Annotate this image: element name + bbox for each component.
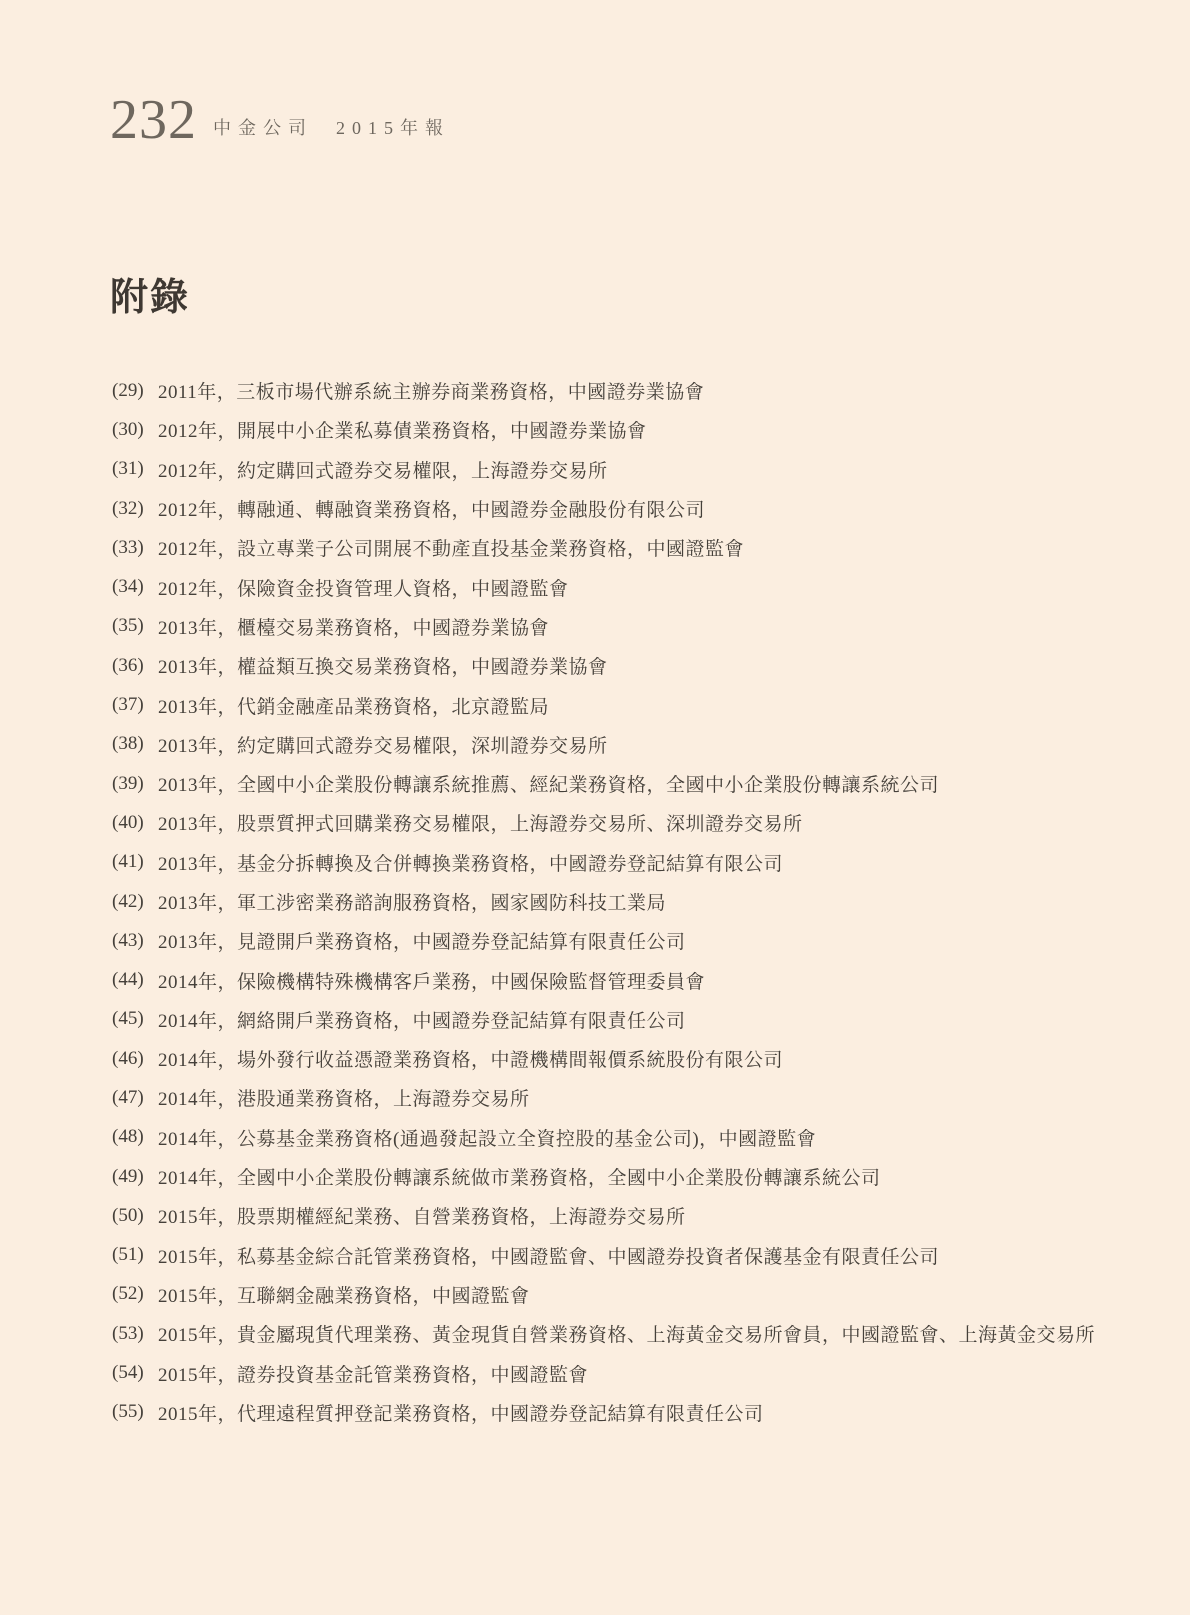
- item-text: 2012年，開展中小企業私募債業務資格，中國證券業協會: [158, 416, 647, 443]
- item-number: (41): [112, 851, 158, 873]
- item-text: 2013年，軍工涉密業務諮詢服務資格，國家國防科技工業局: [158, 888, 666, 915]
- list-item: (32)2012年，轉融通、轉融資業務資格，中國證券金融股份有限公司: [112, 489, 1160, 528]
- item-number: (49): [112, 1166, 158, 1188]
- item-number: (32): [112, 498, 158, 520]
- item-number: (38): [112, 733, 158, 755]
- item-text: 2014年，港股通業務資格，上海證券交易所: [158, 1084, 530, 1111]
- item-number: (55): [112, 1401, 158, 1423]
- list-item: (54)2015年，證券投資基金託管業務資格，中國證監會: [112, 1353, 1160, 1392]
- item-number: (47): [112, 1087, 158, 1109]
- item-number: (29): [112, 380, 158, 402]
- list-item: (38)2013年，約定購回式證券交易權限，深圳證券交易所: [112, 725, 1160, 764]
- item-text: 2014年，場外發行收益憑證業務資格，中證機構間報價系統股份有限公司: [158, 1045, 783, 1072]
- report-title: 中金公司 2015年報: [213, 114, 450, 140]
- item-text: 2014年，網絡開戶業務資格，中國證券登記結算有限責任公司: [158, 1006, 686, 1033]
- item-text: 2013年，全國中小企業股份轉讓系統推薦、經紀業務資格，全國中小企業股份轉讓系統…: [158, 770, 939, 797]
- list-item: (55)2015年，代理遠程質押登記業務資格，中國證券登記結算有限責任公司: [112, 1393, 1160, 1432]
- item-number: (37): [112, 694, 158, 716]
- item-text: 2012年，設立專業子公司開展不動產直投基金業務資格，中國證監會: [158, 534, 744, 561]
- item-number: (53): [112, 1323, 158, 1345]
- item-number: (42): [112, 891, 158, 913]
- item-number: (39): [112, 773, 158, 795]
- list-item: (47)2014年，港股通業務資格，上海證券交易所: [112, 1078, 1160, 1117]
- item-number: (34): [112, 576, 158, 598]
- item-text: 2013年，基金分拆轉換及合併轉換業務資格，中國證券登記結算有限公司: [158, 849, 783, 876]
- item-number: (43): [112, 930, 158, 952]
- item-number: (48): [112, 1126, 158, 1148]
- item-number: (33): [112, 537, 158, 559]
- list-item: (52)2015年，互聯網金融業務資格，中國證監會: [112, 1275, 1160, 1314]
- list-item: (51)2015年，私募基金綜合託管業務資格，中國證監會、中國證券投資者保護基金…: [112, 1236, 1160, 1275]
- appendix-list: (29)2011年，三板市場代辦系統主辦券商業務資格，中國證券業協會(30)20…: [112, 371, 1160, 1432]
- item-text: 2013年，見證開戶業務資格，中國證券登記結算有限責任公司: [158, 927, 686, 954]
- item-text: 2015年，證券投資基金託管業務資格，中國證監會: [158, 1360, 588, 1387]
- list-item: (46)2014年，場外發行收益憑證業務資格，中證機構間報價系統股份有限公司: [112, 1039, 1160, 1078]
- item-text: 2011年，三板市場代辦系統主辦券商業務資格，中國證券業協會: [158, 377, 704, 404]
- item-text: 2015年，私募基金綜合託管業務資格，中國證監會、中國證券投資者保護基金有限責任…: [158, 1242, 939, 1269]
- item-text: 2015年，股票期權經紀業務、自營業務資格，上海證券交易所: [158, 1202, 686, 1229]
- list-item: (44)2014年，保險機構特殊機構客戶業務，中國保險監督管理委員會: [112, 960, 1160, 999]
- list-item: (34)2012年，保險資金投資管理人資格，中國證監會: [112, 567, 1160, 606]
- item-number: (36): [112, 655, 158, 677]
- list-item: (53)2015年，貴金屬現貨代理業務、黃金現貨自營業務資格、上海黃金交易所會員…: [112, 1314, 1160, 1353]
- item-number: (54): [112, 1362, 158, 1384]
- report-page: 232 中金公司 2015年報 附錄 (29)2011年，三板市場代辦系統主辦券…: [0, 0, 1190, 1615]
- list-item: (31)2012年，約定購回式證券交易權限，上海證券交易所: [112, 450, 1160, 489]
- item-number: (46): [112, 1048, 158, 1070]
- item-text: 2014年，公募基金業務資格(通過發起設立全資控股的基金公司)，中國證監會: [158, 1124, 816, 1151]
- item-number: (30): [112, 419, 158, 441]
- item-number: (40): [112, 812, 158, 834]
- list-item: (30)2012年，開展中小企業私募債業務資格，中國證券業協會: [112, 410, 1160, 449]
- item-number: (45): [112, 1008, 158, 1030]
- list-item: (41)2013年，基金分拆轉換及合併轉換業務資格，中國證券登記結算有限公司: [112, 843, 1160, 882]
- item-text: 2012年，保險資金投資管理人資格，中國證監會: [158, 574, 569, 601]
- item-text: 2014年，保險機構特殊機構客戶業務，中國保險監督管理委員會: [158, 967, 705, 994]
- item-number: (51): [112, 1244, 158, 1266]
- item-number: (50): [112, 1205, 158, 1227]
- item-text: 2013年，約定購回式證券交易權限，深圳證券交易所: [158, 731, 608, 758]
- list-item: (40)2013年，股票質押式回購業務交易權限，上海證券交易所、深圳證券交易所: [112, 803, 1160, 842]
- item-text: 2014年，全國中小企業股份轉讓系統做市業務資格，全國中小企業股份轉讓系統公司: [158, 1163, 881, 1190]
- item-text: 2015年，代理遠程質押登記業務資格，中國證券登記結算有限責任公司: [158, 1399, 764, 1426]
- item-number: (44): [112, 969, 158, 991]
- list-item: (39)2013年，全國中小企業股份轉讓系統推薦、經紀業務資格，全國中小企業股份…: [112, 764, 1160, 803]
- item-text: 2012年，約定購回式證券交易權限，上海證券交易所: [158, 456, 608, 483]
- list-item: (35)2013年，櫃檯交易業務資格，中國證券業協會: [112, 607, 1160, 646]
- list-item: (49)2014年，全國中小企業股份轉讓系統做市業務資格，全國中小企業股份轉讓系…: [112, 1157, 1160, 1196]
- list-item: (42)2013年，軍工涉密業務諮詢服務資格，國家國防科技工業局: [112, 882, 1160, 921]
- list-item: (29)2011年，三板市場代辦系統主辦券商業務資格，中國證券業協會: [112, 371, 1160, 410]
- item-text: 2013年，權益類互換交易業務資格，中國證券業協會: [158, 652, 608, 679]
- item-number: (31): [112, 458, 158, 480]
- item-text: 2013年，代銷金融產品業務資格，北京證監局: [158, 692, 549, 719]
- item-text: 2012年，轉融通、轉融資業務資格，中國證券金融股份有限公司: [158, 495, 705, 522]
- item-text: 2015年，貴金屬現貨代理業務、黃金現貨自營業務資格、上海黃金交易所會員，中國證…: [158, 1320, 1095, 1347]
- item-number: (35): [112, 615, 158, 637]
- list-item: (33)2012年，設立專業子公司開展不動產直投基金業務資格，中國證監會: [112, 528, 1160, 567]
- list-item: (48)2014年，公募基金業務資格(通過發起設立全資控股的基金公司)，中國證監…: [112, 1118, 1160, 1157]
- item-text: 2013年，股票質押式回購業務交易權限，上海證券交易所、深圳證券交易所: [158, 809, 803, 836]
- section-title: 附錄: [110, 276, 190, 322]
- list-item: (43)2013年，見證開戶業務資格，中國證券登記結算有限責任公司: [112, 921, 1160, 960]
- list-item: (36)2013年，權益類互換交易業務資格，中國證券業協會: [112, 646, 1160, 685]
- page-header: 232 中金公司 2015年報: [110, 92, 450, 148]
- list-item: (45)2014年，網絡開戶業務資格，中國證券登記結算有限責任公司: [112, 1000, 1160, 1039]
- list-item: (50)2015年，股票期權經紀業務、自營業務資格，上海證券交易所: [112, 1196, 1160, 1235]
- item-text: 2013年，櫃檯交易業務資格，中國證券業協會: [158, 613, 549, 640]
- page-number: 232: [110, 92, 197, 148]
- item-number: (52): [112, 1283, 158, 1305]
- list-item: (37)2013年，代銷金融產品業務資格，北京證監局: [112, 685, 1160, 724]
- item-text: 2015年，互聯網金融業務資格，中國證監會: [158, 1281, 530, 1308]
